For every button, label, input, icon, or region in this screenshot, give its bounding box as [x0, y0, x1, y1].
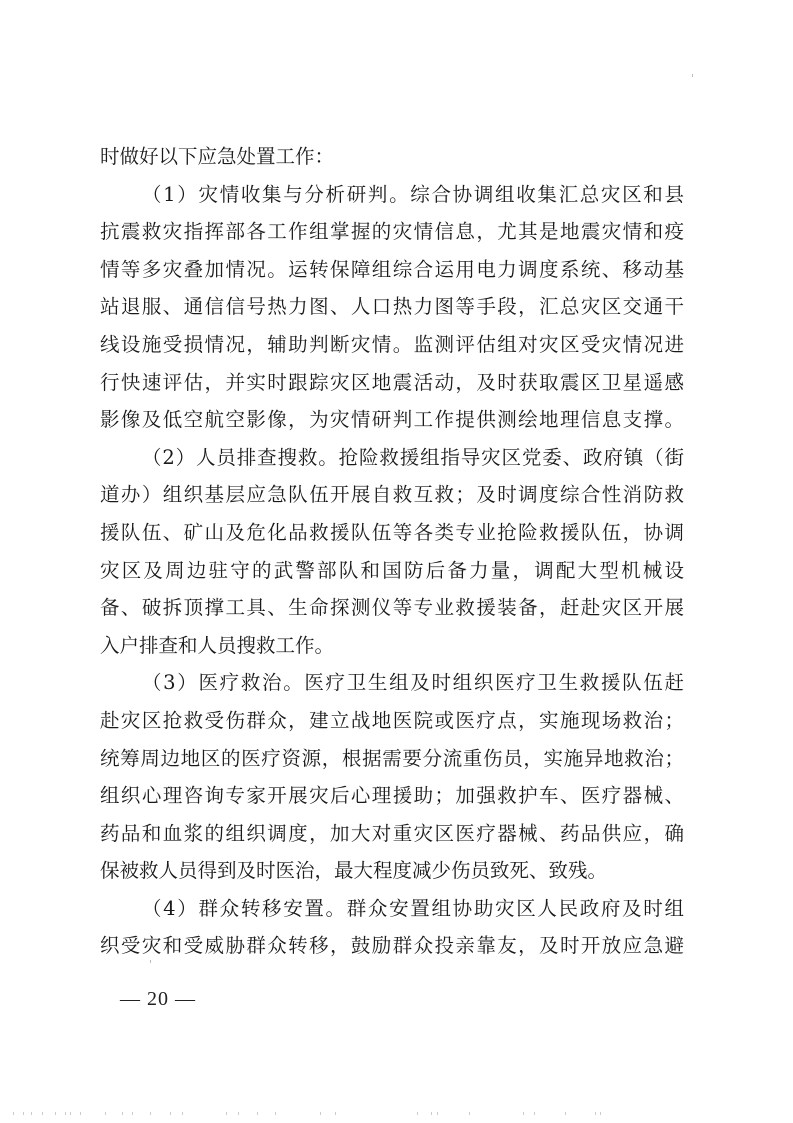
paragraph-4-heading-line: （4）群众转移安置。群众安置组协助灾区人民政府及时组: [100, 890, 684, 928]
paragraph-1-heading-line: （1）灾情收集与分析研判。综合协调组收集汇总灾区和县: [100, 176, 684, 214]
text-line: 抗震救灾指挥部各工作组掌握的灾情信息，尤其是地震灾情和疫: [100, 213, 684, 251]
scan-noise: [0, 1112, 793, 1115]
scan-mark: [692, 74, 693, 77]
text-line: 灾区及周边驻守的武警部队和国防后备力量，调配大型机械设: [100, 552, 684, 590]
text-line: 保被救人员得到及时医治，最大程度减少伤员致死、致残。: [100, 852, 684, 890]
text-line: 赴灾区抢救受伤群众，建立战地医院或医疗点，实施现场救治；: [100, 702, 684, 740]
text-line: 影像及低空航空影像，为灾情研判工作提供测绘地理信息支撑。: [100, 401, 684, 439]
text-line: 入户排查和人员搜救工作。: [100, 627, 684, 665]
paragraph-2-heading-line: （2）人员排查搜救。抢险救援组指导灾区党委、政府镇（街: [100, 439, 684, 477]
text-line: 备、破拆顶撑工具、生命探测仪等专业救援装备，赶赴灾区开展: [100, 589, 684, 627]
text-line: 组织心理咨询专家开展灾后心理援助；加强救护车、医疗器械、: [100, 777, 684, 815]
text-line: 站退服、通信信号热力图、人口热力图等手段，汇总灾区交通干: [100, 288, 684, 326]
document-page: 时做好以下应急处置工作： （1）灾情收集与分析研判。综合协调组收集汇总灾区和县 …: [0, 0, 793, 1123]
text-line: 援队伍、矿山及危化品救援队伍等各类专业抢险救援队伍，协调: [100, 514, 684, 552]
text-line: 统筹周边地区的医疗资源，根据需要分流重伤员，实施异地救治；: [100, 740, 684, 778]
text-line: 织受灾和受威胁群众转移，鼓励群众投亲靠友，及时开放应急避: [100, 927, 684, 965]
page-number: — 20 —: [120, 988, 196, 1011]
text-line: 情等多灾叠加情况。运转保障组综合运用电力调度系统、移动基: [100, 251, 684, 289]
paragraph-3-heading-line: （3）医疗救治。医疗卫生组及时组织医疗卫生救援队伍赶: [100, 664, 684, 702]
text-line: 行快速评估，并实时跟踪灾区地震活动，及时获取震区卫星遥感: [100, 364, 684, 402]
body-text: 时做好以下应急处置工作： （1）灾情收集与分析研判。综合协调组收集汇总灾区和县 …: [100, 138, 684, 965]
text-line: 药品和血浆的组织调度，加大对重灾区医疗器械、药品供应，确: [100, 815, 684, 853]
text-line: 时做好以下应急处置工作：: [100, 138, 684, 176]
text-line: 线设施受损情况，辅助判断灾情。监测评估组对灾区受灾情况进: [100, 326, 684, 364]
text-line: 道办）组织基层应急队伍开展自救互救；及时调度综合性消防救: [100, 476, 684, 514]
